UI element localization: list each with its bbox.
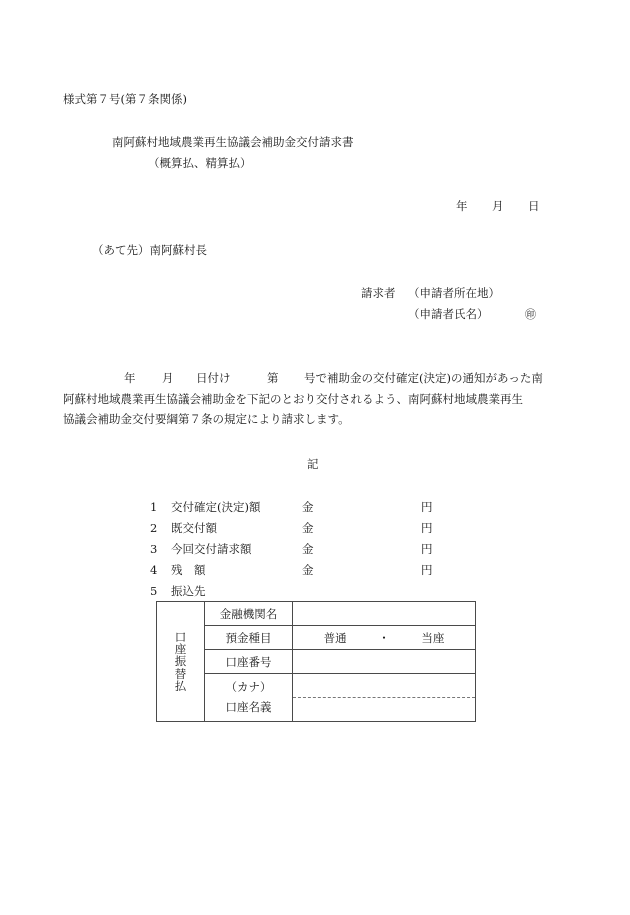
body-line-3: 協議会補助金交付要綱第７条の規定により請求します。 — [63, 414, 350, 426]
item-yen: 円 — [421, 523, 433, 535]
document-title: 南阿蘇村地域農業再生協議会補助金交付請求書 — [112, 137, 354, 149]
item-kin: 金 — [302, 523, 314, 535]
body-date-suffix: 日付け — [196, 373, 231, 385]
item-kin: 金 — [302, 565, 314, 577]
kana-label: （カナ） — [205, 678, 292, 698]
document-subtitle: （概算払、精算払） — [148, 158, 252, 170]
body-year: 年 — [124, 373, 136, 385]
item-number: 1 — [150, 502, 157, 514]
form-number: 様式第７号(第７条関係) — [63, 94, 187, 106]
side-label-char: 払 — [157, 680, 204, 692]
bank-transfer-table: 口 座 振 替 払 金融機関名 預金種目 普通 ・ 当座 口座番号 （カナ） 口… — [156, 601, 476, 722]
account-holder-label-cell: （カナ） 口座名義 — [205, 674, 293, 722]
addressee: （あて先）南阿蘇村長 — [92, 245, 207, 257]
item-label: 既交付額 — [171, 523, 217, 535]
table-row: 預金種目 普通 ・ 当座 — [157, 626, 476, 650]
item-number: 5 — [150, 586, 157, 598]
body-line1-rest: 号で補助金の交付確定(決定)の通知があった南 — [304, 373, 543, 385]
item-label: 残 額 — [171, 565, 206, 577]
date-month-label: 月 — [492, 201, 504, 213]
table-row: 口座番号 — [157, 650, 476, 674]
account-number-field[interactable] — [293, 650, 476, 674]
table-row: 口 座 振 替 払 金融機関名 — [157, 602, 476, 626]
requester-name-label: （申請者氏名） — [408, 309, 489, 321]
account-holder-cell — [293, 674, 476, 722]
item-kin: 金 — [302, 502, 314, 514]
institution-field[interactable] — [293, 602, 476, 626]
kana-name-field[interactable] — [293, 674, 475, 698]
item-number: 4 — [150, 565, 157, 577]
side-label-char: 振 — [157, 655, 204, 667]
deposit-type-field[interactable]: 普通 ・ 当座 — [293, 626, 476, 650]
ki-heading: 記 — [307, 459, 319, 471]
deposit-type-label: 預金種目 — [205, 626, 293, 650]
requester-label: 請求者 — [361, 288, 396, 300]
separator-dot: ・ — [378, 630, 390, 646]
account-number-label: 口座番号 — [205, 650, 293, 674]
deposit-type-option-checking[interactable]: 当座 — [421, 630, 444, 646]
deposit-type-option-ordinary[interactable]: 普通 — [324, 630, 347, 646]
item-yen: 円 — [421, 502, 433, 514]
item-number: 2 — [150, 523, 157, 535]
body-line-2: 阿蘇村地域農業再生協議会補助金を下記のとおり交付されるよう、南阿蘇村地域農業再生 — [63, 394, 523, 406]
account-transfer-side-label: 口 座 振 替 払 — [157, 602, 205, 722]
seal-icon: ㊞ — [525, 309, 536, 320]
item-label: 今回交付請求額 — [171, 544, 252, 556]
body-dai: 第 — [267, 373, 279, 385]
item-label: 振込先 — [171, 586, 206, 598]
side-label-char: 替 — [157, 668, 204, 680]
item-yen: 円 — [421, 544, 433, 556]
item-yen: 円 — [421, 565, 433, 577]
body-month: 月 — [162, 373, 174, 385]
date-year-label: 年 — [456, 201, 468, 213]
requester-address-label: （申請者所在地） — [408, 288, 500, 300]
table-row: （カナ） 口座名義 — [157, 674, 476, 722]
date-day-label: 日 — [528, 201, 540, 213]
item-number: 3 — [150, 544, 157, 556]
institution-label: 金融機関名 — [205, 602, 293, 626]
item-label: 交付確定(決定)額 — [171, 502, 260, 514]
account-holder-label: 口座名義 — [205, 698, 292, 718]
item-kin: 金 — [302, 544, 314, 556]
